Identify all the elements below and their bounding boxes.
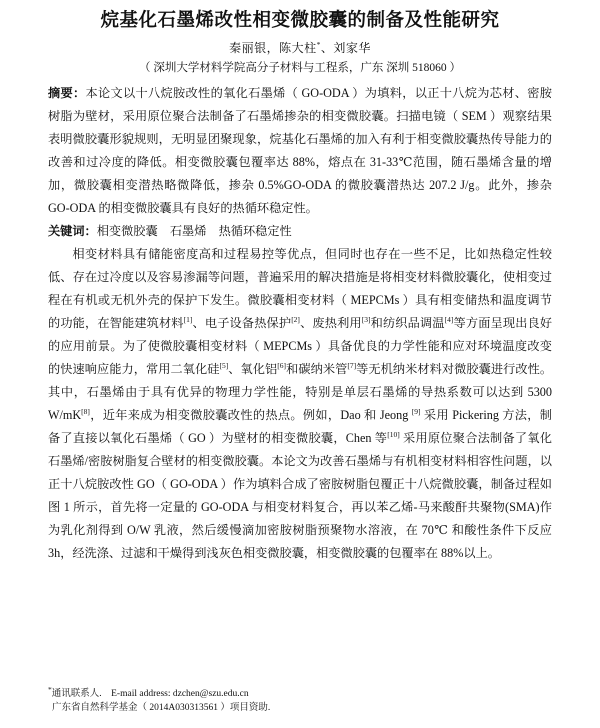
body-paragraph: 相变材料具有储能密度高和过程易控等优点，但同时也存在一些不足，比如热稳定性较低、…	[48, 243, 552, 565]
paper-title: 烷基化石墨烯改性相变微胶囊的制备及性能研究	[48, 10, 552, 32]
footnote-corresponding-author: *通讯联系人. E-mail address: dzchen@szu.edu.c…	[48, 688, 552, 702]
abstract-text: 本论文以十八烷胺改性的氧化石墨烯（ GO-ODA ）为填料，以正十八烷为芯材、密…	[48, 86, 552, 215]
affiliation-line: （ 深圳大学材料学院高分子材料与工程系，广东 深圳 518060 ）	[48, 60, 552, 76]
keywords-label: 关键词：	[48, 224, 97, 238]
keywords-line: 关键词：相变微胶囊 石墨烯 热循环稳定性	[48, 220, 552, 243]
abstract-label: 摘要：	[48, 86, 86, 100]
authors-line: 秦丽银，陈大柱*、刘家华	[48, 40, 552, 56]
abstract-paragraph: 摘要：本论文以十八烷胺改性的氧化石墨烯（ GO-ODA ）为填料，以正十八烷为芯…	[48, 82, 552, 220]
footnote-funding: 广东省自然科学基金（ 2014A030313561 ）项目资助.	[48, 702, 552, 716]
keywords-text: 相变微胶囊 石墨烯 热循环稳定性	[97, 224, 292, 238]
paper-page: 烷基化石墨烯改性相变微胶囊的制备及性能研究 秦丽银，陈大柱*、刘家华 （ 深圳大…	[0, 0, 600, 728]
footnotes: *通讯联系人. E-mail address: dzchen@szu.edu.c…	[48, 688, 552, 715]
